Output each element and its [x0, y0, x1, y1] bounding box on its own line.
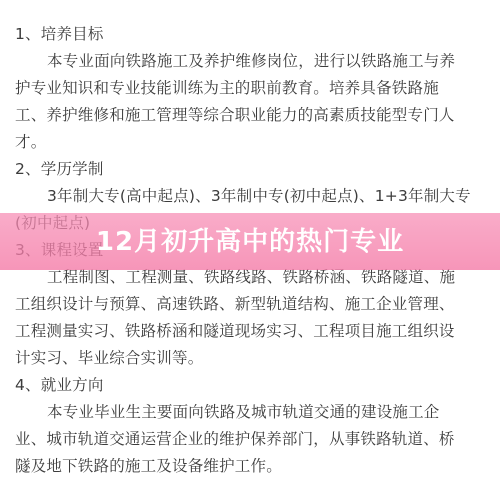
section-heading-2: 2、学历学制 [15, 159, 104, 179]
section-heading-1: 1、培养目标 [15, 24, 104, 44]
paragraph-line: 本专业毕业生主要面向铁路及城市轨道交通的建设施工企 [47, 402, 440, 422]
paragraph-line: 才。 [15, 132, 46, 152]
paragraph-line: 护专业知识和专业技能训练为主的职前教育。培养具备铁路施 [15, 78, 439, 98]
paragraph-line: 本专业面向铁路施工及养护维修岗位，进行以铁路施工与养 [47, 51, 455, 71]
section-heading-4: 4、就业方向 [15, 375, 104, 395]
paragraph-line: 工程测量实习、铁路桥涵和隧道现场实习、工程项目施工组织设 [15, 321, 455, 341]
paragraph-line: 业、城市轨道交通运营企业的维护保养部门，从事铁路轨道、桥 [15, 429, 455, 449]
paragraph-line: 工组织设计与预算、高速铁路、新型轨道结构、施工企业管理、 [15, 294, 455, 314]
paragraph-line: 隧及地下铁路的施工及设备维护工作。 [15, 456, 282, 476]
paragraph-line: 工程制图、工程测量、铁路线路、铁路桥涵、铁路隧道、施 [47, 267, 455, 287]
paragraph-line: 3年制大专(高中起点)、3年制中专(初中起点)、1+3年制大专 [47, 186, 471, 206]
paragraph-line: 计实习、毕业综合实训等。 [15, 348, 203, 368]
paragraph-line: 工、养护维修和施工管理等综合职业能力的高素质技能型专门人 [15, 105, 455, 125]
banner-title: 12月初升高中的热门专业 [0, 226, 500, 258]
